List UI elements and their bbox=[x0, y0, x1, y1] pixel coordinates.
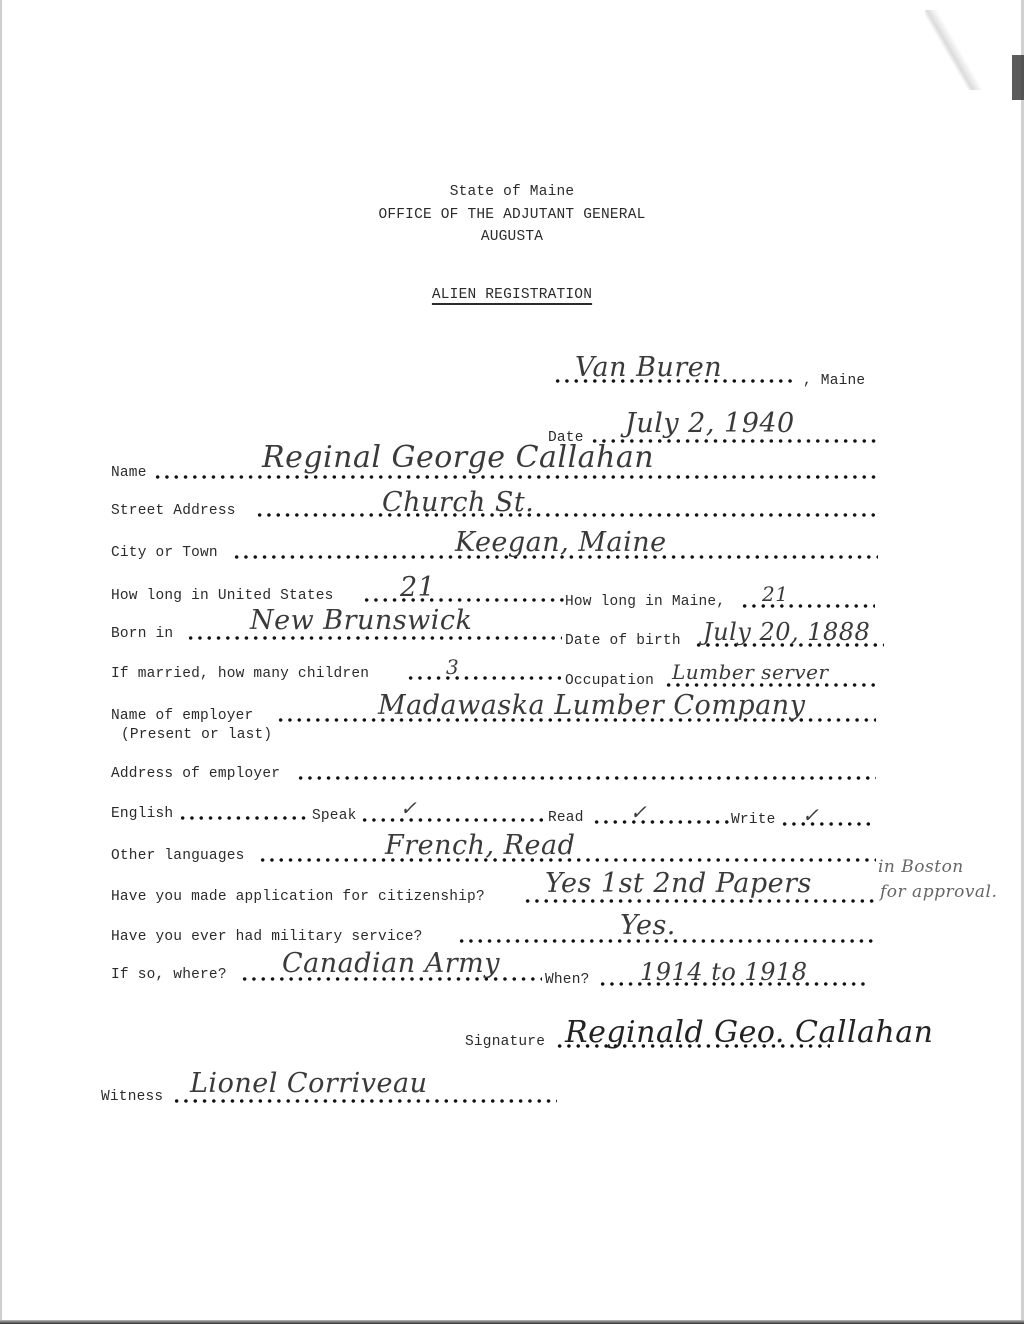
scan-mark bbox=[1012, 55, 1024, 100]
state-suffix: , Maine bbox=[803, 373, 865, 389]
citizenship-note-line1: in Boston bbox=[878, 857, 964, 877]
born-in-label: Born in bbox=[111, 626, 173, 642]
how-long-maine-label: How long in Maine, bbox=[565, 594, 725, 610]
write-value: ✓ bbox=[802, 803, 819, 827]
english-dotted-line bbox=[178, 815, 308, 821]
english-label: English bbox=[111, 806, 173, 822]
how-long-us-label: How long in United States bbox=[111, 588, 334, 604]
town-value: Van Buren bbox=[575, 352, 722, 383]
employer-sublabel: (Present or last) bbox=[121, 727, 272, 743]
alien-registration-form: State of Maine OFFICE OF THE ADJUTANT GE… bbox=[0, 0, 1024, 1324]
when-label: When? bbox=[545, 972, 590, 988]
city-value: Keegan, Maine bbox=[455, 527, 667, 558]
born-in-value: New Brunswick bbox=[250, 605, 472, 636]
name-value: Reginal George Callahan bbox=[262, 440, 654, 475]
children-label: If married, how many children bbox=[111, 666, 369, 682]
occupation-label: Occupation bbox=[565, 673, 654, 689]
military-value: Yes. bbox=[620, 910, 676, 941]
citizenship-note-line2: for approval. bbox=[880, 882, 997, 902]
how-long-us-value: 21 bbox=[400, 572, 435, 603]
speak-dotted-line bbox=[360, 817, 545, 823]
date-value: July 2, 1940 bbox=[625, 408, 795, 439]
citizenship-value: Yes 1st 2nd Papers bbox=[545, 868, 812, 899]
employer-address-label: Address of employer bbox=[111, 766, 280, 782]
form-title: ALIEN REGISTRATION bbox=[0, 287, 1024, 303]
scan-edge-bottom bbox=[0, 1320, 1024, 1324]
signature-value: Reginald Geo. Callahan bbox=[565, 1015, 933, 1050]
read-value: ✓ bbox=[630, 800, 647, 824]
how-long-us-dotted-line bbox=[362, 597, 565, 603]
other-languages-value: French, Read bbox=[385, 830, 575, 861]
children-dotted-line bbox=[406, 675, 561, 681]
occupation-value: Lumber server bbox=[672, 660, 829, 684]
how-long-maine-value: 21 bbox=[762, 582, 788, 606]
header-office: OFFICE OF THE ADJUTANT GENERAL bbox=[0, 207, 1024, 223]
read-label: Read bbox=[548, 810, 584, 826]
street-dotted-line bbox=[255, 512, 878, 518]
where-label: If so, where? bbox=[111, 967, 227, 983]
name-label: Name bbox=[111, 465, 147, 481]
street-value: Church St. bbox=[382, 487, 534, 518]
street-label: Street Address bbox=[111, 503, 236, 519]
other-languages-label: Other languages bbox=[111, 848, 245, 864]
speak-label: Speak bbox=[312, 808, 357, 824]
header-city: AUGUSTA bbox=[0, 229, 1024, 245]
write-label: Write bbox=[731, 812, 776, 828]
children-value: 3 bbox=[446, 655, 459, 679]
employer-label: Name of employer bbox=[111, 708, 253, 724]
employer-value: Madawaska Lumber Company bbox=[378, 690, 805, 721]
header-state: State of Maine bbox=[0, 184, 1024, 200]
date-of-birth-value: July 20, 1888 bbox=[703, 618, 870, 646]
employer-address-dotted-line bbox=[296, 775, 876, 781]
speak-value: ✓ bbox=[400, 796, 417, 820]
date-of-birth-label: Date of birth bbox=[565, 633, 681, 649]
read-dotted-line bbox=[592, 819, 730, 825]
write-dotted-line bbox=[780, 821, 875, 827]
citizenship-label: Have you made application for citizenshi… bbox=[111, 889, 485, 905]
how-long-maine-dotted-line bbox=[740, 603, 875, 609]
witness-label: Witness bbox=[101, 1089, 163, 1105]
city-label: City or Town bbox=[111, 545, 218, 561]
witness-value: Lionel Corriveau bbox=[190, 1068, 428, 1099]
signature-label: Signature bbox=[465, 1034, 545, 1050]
scan-smudge bbox=[925, 10, 985, 90]
where-value: Canadian Army bbox=[282, 948, 500, 979]
military-label: Have you ever had military service? bbox=[111, 929, 423, 945]
when-value: 1914 to 1918 bbox=[640, 958, 808, 986]
